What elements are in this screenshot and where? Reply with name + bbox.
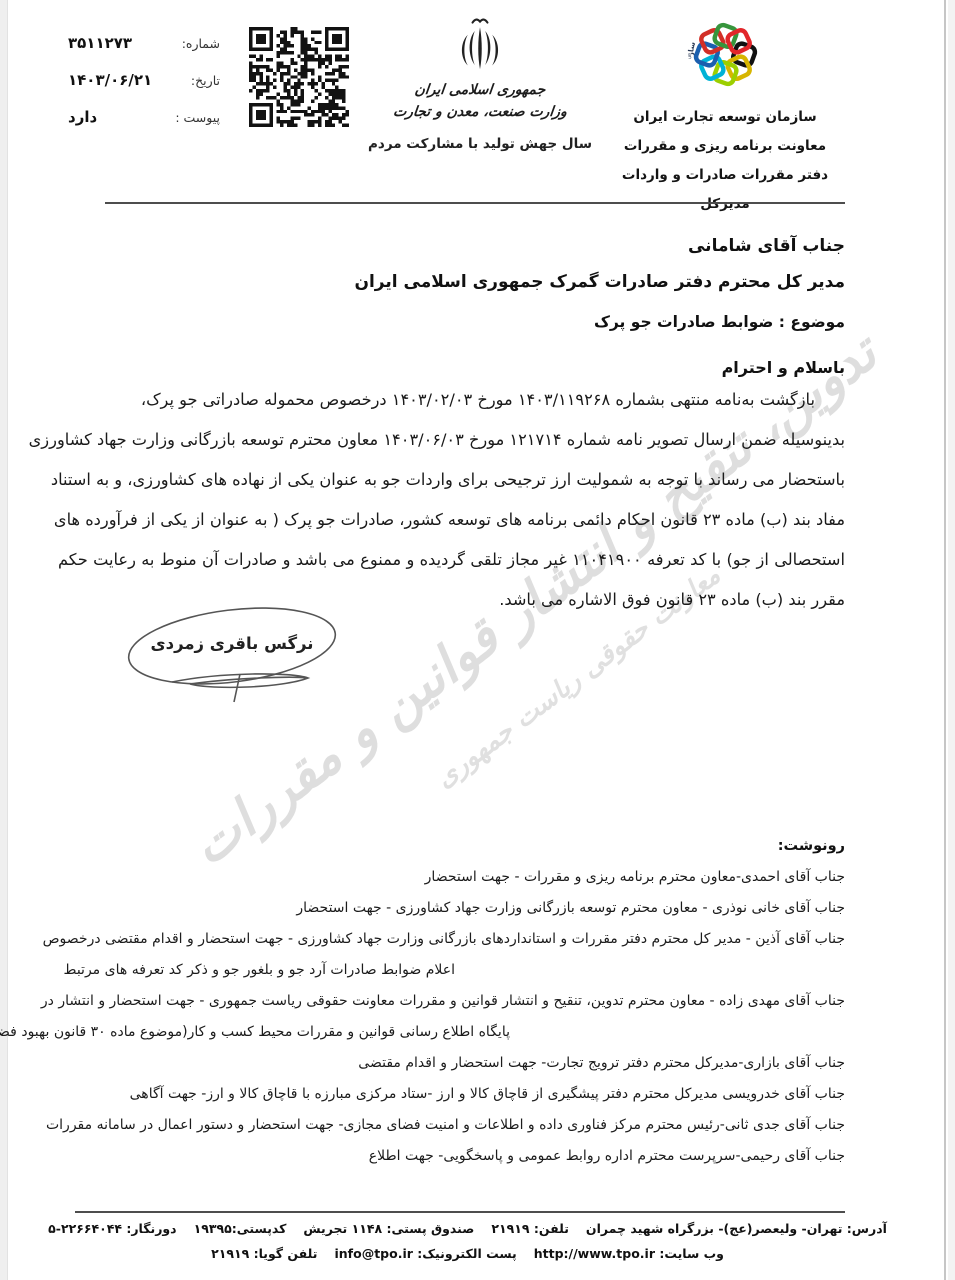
salutation-line: باسلام و احترام [722,358,845,377]
recipient-block: جناب آقای شامانی مدیر کل محترم دفتر صادر… [354,228,845,300]
org-deputy: معاونت برنامه ریزی و مقررات [608,132,842,161]
recipient-name: جناب آقای شامانی [354,228,845,264]
cc-item: جناب آقای خدرویسی مدیرکل محترم دفتر پیشگ… [58,1079,845,1110]
cc-item: جناب آقای رحیمی-سرپرست محترم اداره روابط… [58,1141,845,1172]
footer-email: پست الکترونیک: info@tpo.ir [334,1246,516,1261]
footer-website: وب سایت: http://www.tpo.ir [534,1246,724,1261]
body-line: بازگشت به‌نامه منتهی بشماره ۱۴۰۳/۱۱۹۲۶۸ … [58,380,845,420]
svg-text:سازمان توسعه تجارت ایران: سازمان توسعه تجارت ایران [677,6,697,57]
page-edge-right [944,0,946,1280]
letter-number-value: ۳۵۱۱۲۷۳ [68,34,132,52]
footer-divider [75,1211,845,1213]
letter-date-row: تاریخ: ۱۴۰۳/۰۶/۲۱ [68,71,220,108]
cc-item: جناب آقای مهدی زاده - معاون محترم تدوین،… [58,986,845,1017]
cc-item-continuation: اعلام ضوابط صادرات آرد جو و بلغور جو و ذ… [58,955,455,986]
cc-title: رونوشت: [58,831,845,862]
cc-item-continuation: پایگاه اطلاع رسانی قوانین و مقررات محیط … [58,1017,510,1048]
cc-item: جناب آقای بازاری-مدیرکل محترم دفتر ترویج… [58,1048,845,1079]
page-edge-right-outer [948,0,955,1280]
footer-pobox: صندوق پستی: ۱۱۴۸ تجریش [303,1221,474,1236]
body-line: باستحضار می رساند با توجه به شمولیت ارز … [58,460,845,500]
signature-scribble [112,594,352,714]
body-line: مفاد بند (ب) ماده ۲۳ قانون احکام دائمی ب… [58,500,845,540]
footer-web-line: وب سایت: http://www.tpo.ir پست الکترونیک… [40,1246,895,1261]
cc-item: جناب آقای آذین - مدیر کل محترم دفتر مقرر… [58,924,845,955]
country-name: جمهوری اسلامی ایران [329,82,631,98]
cc-item: جناب آقای جدی ثانی-رئیس محترم مرکز فناور… [58,1110,845,1141]
cc-item: جناب آقای احمدی-معاون محترم برنامه ریزی … [58,862,845,893]
cc-section: رونوشت: جناب آقای احمدی-معاون محترم برنا… [58,831,845,1172]
header-divider [105,202,845,204]
letter-date-value: ۱۴۰۳/۰۶/۲۱ [68,71,152,89]
letter-number-label: شماره: [182,36,220,51]
ministry-name: وزارت صنعت، معدن و تجارت [329,104,631,120]
footer-fax: دورنگار: ۲۲۶۶۴۰۴۴-۵ [48,1221,176,1236]
footer-phone: تلفن: ۲۱۹۱۹ [491,1221,569,1236]
body-line: بدینوسیله ضمن ارسال تصویر نامه شماره ۱۲۱… [58,420,845,460]
cc-item: جناب آقای خانی نوذری - معاون محترم توسعه… [58,893,845,924]
org-office: دفتر مقررات صادرات و واردات [608,161,842,190]
org-role: مدیرکل [608,190,842,219]
footer-voice-phone: تلفن گویا: ۲۱۹۱۹ [211,1246,317,1261]
org-name: سازمان توسعه تجارت ایران [608,103,842,132]
recipient-title: مدیر کل محترم دفتر صادرات گمرک جمهوری اس… [354,264,845,300]
iran-emblem-icon [452,10,508,80]
letterhead-center: جمهوری اسلامی ایران وزارت صنعت، معدن و ت… [330,10,630,152]
letter-attachment-value: دارد [68,108,97,126]
body-line: استحصالی از جو) با کد تعرفه ۱۱۰۴۱۹۰۰ غیر… [58,540,845,580]
letter-page: تدوین، تنقیح و انتشار قوانین و مقررات مع… [0,0,955,1280]
letter-meta-block: شماره: ۳۵۱۱۲۷۳ تاریخ: ۱۴۰۳/۰۶/۲۱ پیوست :… [68,34,220,145]
tpo-logo-text-fa: سازمان توسعه تجارت ایران [677,6,697,57]
page-edge-left [0,0,8,1280]
signatory-name: نرگس باقری زمردی [112,634,352,653]
footer-postalcode: کدپستی:۱۹۳۹۵ [194,1221,287,1236]
signature-block: نرگس باقری زمردی [112,594,352,714]
footer-contact-line: آدرس: تهران- ولیعصر(عج)- بزرگراه شهید چم… [40,1221,895,1236]
letter-body: بازگشت به‌نامه منتهی بشماره ۱۴۰۳/۱۱۹۲۶۸ … [58,380,845,620]
letterhead-org: سازمان توسعه تجارت ایران Trade Promotion… [608,6,842,219]
subject-line: موضوع : ضوابط صادرات جو پرک [594,313,845,331]
letter-date-label: تاریخ: [191,73,220,88]
year-slogan: سال جهش تولید با مشارکت مردم [330,136,630,152]
tpo-logo-icon: سازمان توسعه تجارت ایران Trade Promotion… [677,6,774,103]
footer-address: آدرس: تهران- ولیعصر(عج)- بزرگراه شهید چم… [586,1221,887,1236]
letter-attachment-label: پیوست : [175,110,220,125]
letter-number-row: شماره: ۳۵۱۱۲۷۳ [68,34,220,71]
letter-attachment-row: پیوست : دارد [68,108,220,145]
